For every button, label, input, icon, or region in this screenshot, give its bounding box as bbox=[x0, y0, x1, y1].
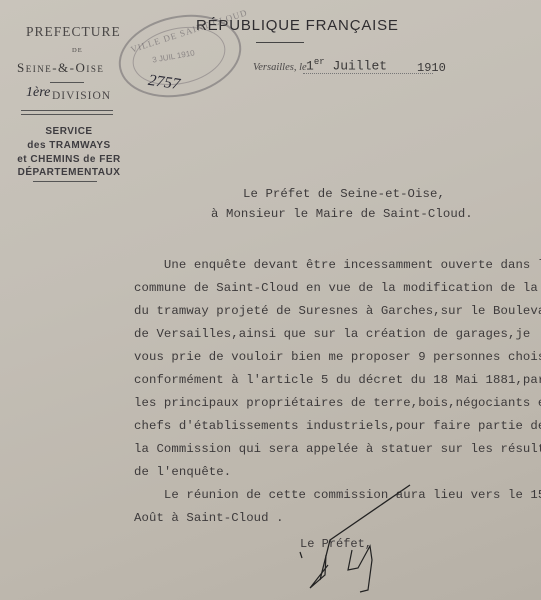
prefecture-de: DE bbox=[72, 47, 83, 54]
date-day-month: 1er Juillet bbox=[306, 57, 387, 73]
body-line: Une enquête devant être incessamment ouv… bbox=[134, 258, 541, 272]
service-line-1: SERVICE bbox=[10, 126, 128, 137]
body-line: chefs d'établissements industriels,pour … bbox=[134, 419, 541, 433]
division-number: 1ère bbox=[26, 85, 50, 101]
body-line: de l'enquête. bbox=[134, 465, 231, 479]
body-line: la Commission qui sera appelée à statuer… bbox=[134, 442, 541, 456]
service-line-3: et CHEMINS de FER bbox=[10, 154, 128, 165]
date-dotted-line bbox=[303, 73, 433, 74]
republic-rule bbox=[256, 42, 304, 43]
body-line: conformément à l'article 5 du décret du … bbox=[134, 373, 541, 387]
date-day-suffix: er bbox=[314, 57, 325, 67]
recipient-line: à Monsieur le Maire de Saint-Cloud. bbox=[211, 207, 473, 221]
date-month: Juillet bbox=[332, 58, 387, 73]
date-year: 1910 bbox=[417, 61, 446, 75]
date-place: Versailles, le bbox=[253, 62, 307, 73]
body-line: de Versailles,ainsi que sur la création … bbox=[134, 327, 530, 341]
service-rule bbox=[33, 181, 97, 182]
department-name: Seine-&-Oise bbox=[17, 60, 104, 76]
service-line-2: des TRAMWAYS bbox=[10, 140, 128, 151]
body-line: commune de Saint-Cloud en vue de la modi… bbox=[134, 281, 541, 295]
double-rule-divider bbox=[21, 110, 113, 115]
body-line: vous prie de vouloir bien me proposer 9 … bbox=[134, 350, 541, 364]
sender-line: Le Préfet de Seine-et-Oise, bbox=[243, 187, 445, 201]
division-label: DIVISION bbox=[52, 90, 111, 102]
handwritten-signature bbox=[240, 480, 440, 600]
prefecture-heading: PREFECTURE bbox=[26, 24, 121, 40]
service-line-4: DÉPARTEMENTAUX bbox=[10, 167, 128, 178]
body-line: les principaux propriétaires de terre,bo… bbox=[134, 396, 541, 410]
republic-heading: RÉPUBLIQUE FRANÇAISE bbox=[196, 17, 399, 34]
date-day: 1 bbox=[306, 58, 314, 73]
body-line: du tramway projeté de Suresnes à Garches… bbox=[134, 304, 541, 318]
division-rule bbox=[50, 82, 84, 83]
